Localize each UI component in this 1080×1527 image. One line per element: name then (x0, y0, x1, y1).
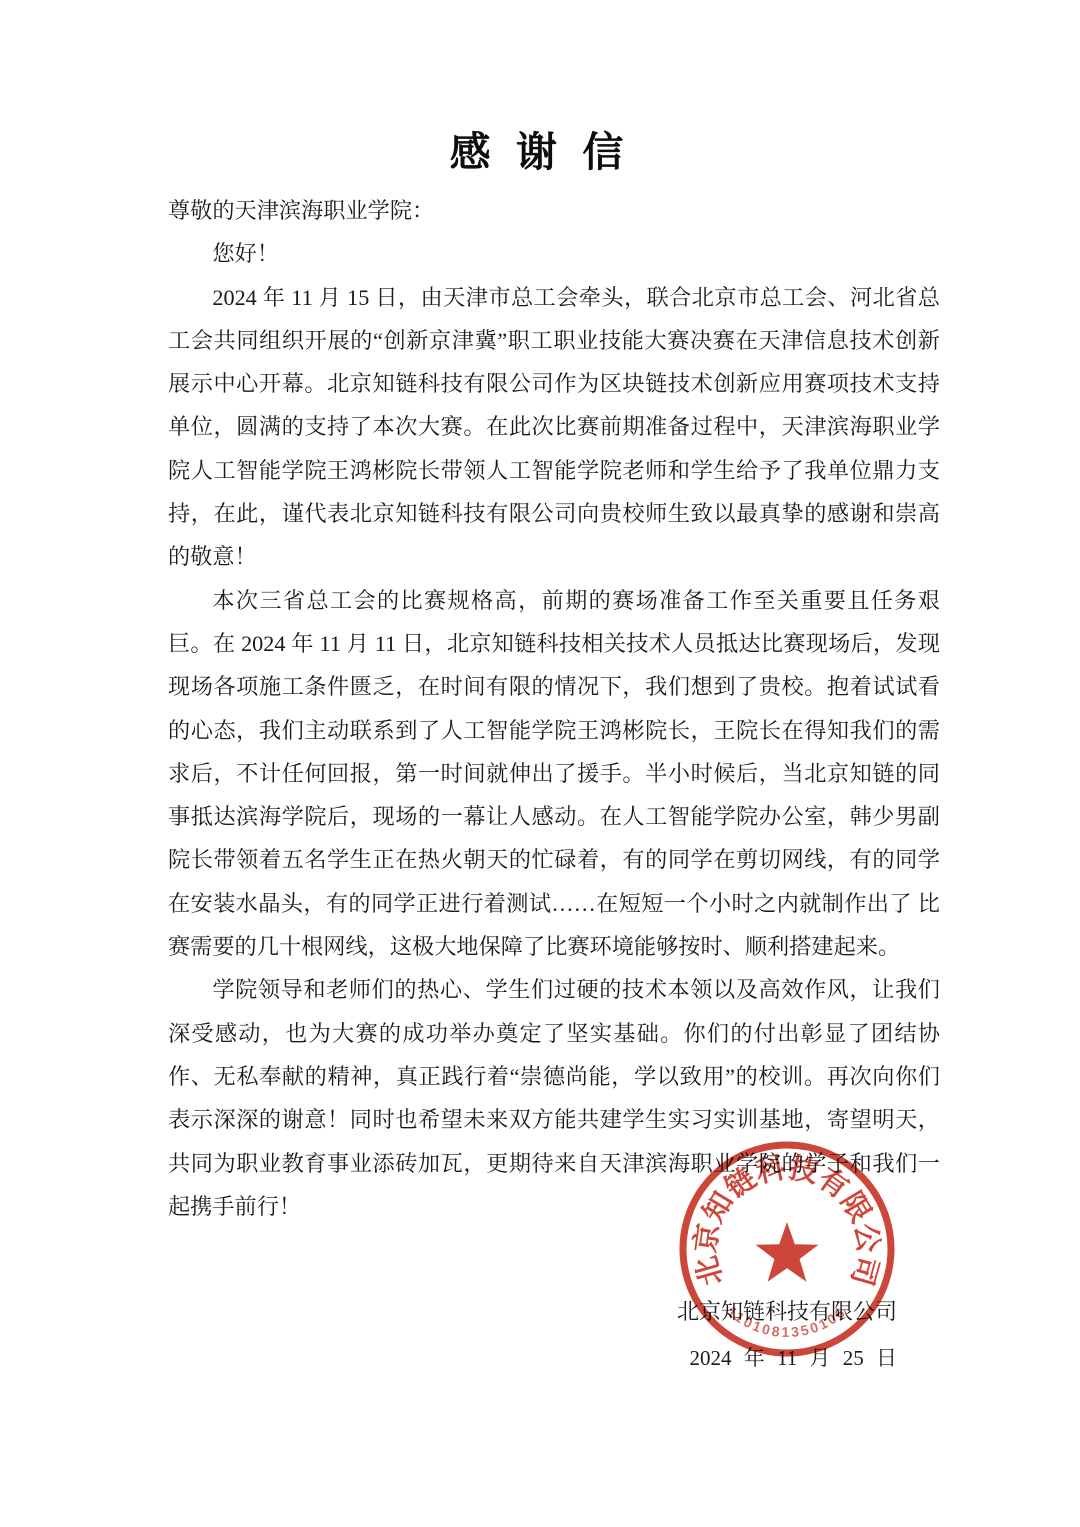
letter-page: 感 谢 信 尊敬的天津滨海职业学院： 您好！ 2024 年 11 月 15 日，… (0, 0, 1080, 1527)
letter-title: 感 谢 信 (0, 130, 1080, 174)
signature-date: 2024 年 11 月 25 日 (0, 1335, 897, 1382)
greeting: 您好！ (168, 232, 940, 275)
letter-body: 尊敬的天津滨海职业学院： 您好！ 2024 年 11 月 15 日，由天津市总工… (168, 189, 940, 1228)
signature-company: 北京知链科技有限公司 (0, 1288, 897, 1335)
paragraph-2: 本次三省总工会的比赛规格高，前期的赛场准备工作至关重要且任务艰巨。在 2024 … (168, 579, 940, 969)
paragraph-1: 2024 年 11 月 15 日，由天津市总工会牵头，联合北京市总工会、河北省总… (168, 276, 940, 579)
salutation: 尊敬的天津滨海职业学院： (168, 189, 940, 232)
signature-block: 北京知链科技有限公司 2024 年 11 月 25 日 (0, 1288, 897, 1382)
paragraph-3: 学院领导和老师们的热心、学生们过硬的技术本领以及高效作风，让我们深受感动，也为大… (168, 968, 940, 1228)
seal-star-icon (756, 1222, 819, 1282)
